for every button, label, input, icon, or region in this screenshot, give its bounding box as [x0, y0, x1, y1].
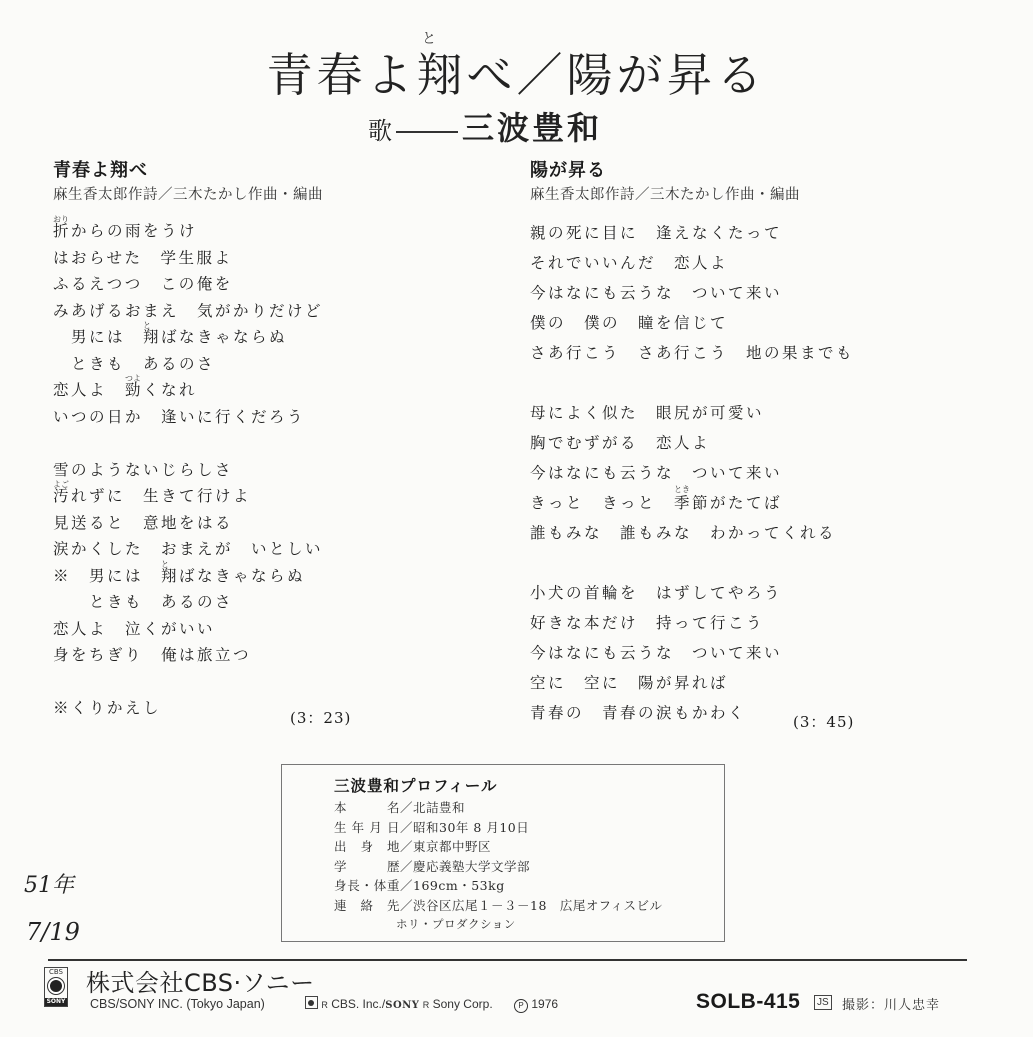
lyric-line: みあげるおまえ 気がかりだけど [53, 298, 353, 325]
profile-row: 本名／北詰豊和 [334, 798, 663, 818]
furigana: とき [674, 486, 690, 494]
separator: ／ [400, 820, 413, 835]
lyric-text: ふるえつつ この俺を [53, 275, 233, 293]
profile-key: 本名 [334, 798, 400, 818]
stanza-gap [530, 548, 860, 578]
profile-key: 連絡先 [334, 896, 400, 916]
lyric-text: 胸でむずがる 恋人よ [530, 434, 710, 452]
catalog-number: SOLB-415 [696, 990, 800, 1014]
lyric-text: 見送ると 意地をはる [53, 514, 233, 532]
profile-key: 学歴 [334, 857, 400, 877]
lyric-text: ※くりかえし [53, 699, 161, 717]
profile-title: 三波豊和プロフィール [334, 774, 497, 796]
lyric-line: 汚れずに 生きて行けよよご [53, 483, 353, 510]
lyric-text: 今はなにも云うな ついて来い [530, 464, 782, 482]
lyric-line: 見送ると 意地をはる [53, 510, 353, 537]
stanza-gap [53, 669, 353, 696]
profile-rows: 本名／北詰豊和生年月日／昭和30年 8 月10日出身地／東京都中野区学歴／慶応義… [334, 798, 663, 935]
profile-value: 169cm・53kg [413, 878, 505, 893]
lyric-text: 好きな本だけ 持って行こう [530, 614, 764, 632]
logo-cbs-text: CBS [45, 968, 67, 977]
lyric-line: 今はなにも云うな ついて来い [530, 458, 860, 488]
photo-credit: 撮影：川人忠幸 [842, 994, 940, 1013]
profile-key: 出身地 [334, 837, 400, 857]
lyric-text: 青春の 青春の涙もかわく [530, 704, 746, 722]
lyric-text: 今はなにも云うな ついて来い [530, 284, 782, 302]
lyric-line: 折からの雨をうけおり [53, 218, 353, 245]
lyric-text: さあ行こう さあ行こう 地の果までも [530, 344, 854, 362]
profile-value: 北詰豊和 [413, 800, 465, 815]
logo-sony-text: SONY [45, 998, 67, 1006]
lyric-line: 僕の 僕の 瞳を信じて [530, 308, 860, 338]
lyric-text: ※ 男には 翔ばなきゃならぬ [53, 567, 305, 585]
artist-name: 三波豊和 [462, 109, 602, 147]
profile-row: 生年月日／昭和30年 8 月10日 [334, 818, 663, 838]
profile-row: 連絡先／渋谷区広尾１－３－18 広尾オフィスビル [334, 896, 663, 916]
separator: ／ [400, 898, 413, 913]
song-duration: (3：23) [290, 707, 351, 728]
title-ruby: と [422, 28, 436, 48]
furigana: と [161, 561, 169, 569]
profile-value: 慶応義塾大学文学部 [413, 859, 530, 874]
lyric-text: 汚れずに 生きて行けよ [53, 487, 251, 505]
cbs-sony-logo: CBS SONY [44, 967, 68, 1007]
lyric-line: 今はなにも云うな ついて来い [530, 278, 860, 308]
artist-profile-box: 三波豊和プロフィール 本名／北詰豊和生年月日／昭和30年 8 月10日出身地／東… [281, 764, 725, 942]
profile-row: 学歴／慶応義塾大学文学部 [334, 857, 663, 877]
lyric-line: いつの日か 逢いに行くだろう [53, 404, 353, 431]
lyric-line: 好きな本だけ 持って行こう [530, 608, 860, 638]
legal-corp: Sony Corp. [433, 997, 493, 1011]
lyric-text: 親の死に目に 逢えなくたって [530, 224, 782, 242]
lyric-text: それでいいんだ 恋人よ [530, 254, 728, 272]
furigana: と [143, 322, 151, 330]
lyric-text: みあげるおまえ 気がかりだけど [53, 302, 323, 320]
lyric-text: 身をちぎり 俺は旅立つ [53, 646, 251, 664]
lyrics: 親の死に目に 逢えなくたってそれでいいんだ 恋人よ今はなにも云うな ついて来い僕… [530, 218, 860, 728]
profile-row: 出身地／東京都中野区 [334, 837, 663, 857]
lyric-line: はおらせた 学生服よ [53, 245, 353, 272]
profile-value: 渋谷区広尾１－３－18 広尾オフィスビル [413, 898, 663, 913]
song-column-b: 陽が昇る 麻生香太郎作詩／三木たかし作曲・編曲 親の死に目に 逢えなくたってそれ… [530, 158, 860, 728]
stanza-gap [53, 430, 353, 457]
dash-divider [396, 131, 458, 133]
lyric-text: 折からの雨をうけ [53, 222, 197, 240]
lyric-line: 雪のようないじらしさ [53, 457, 353, 484]
registered-mark: R [423, 1000, 430, 1010]
lyric-line: ※ 男には 翔ばなきゃならぬと [53, 563, 353, 590]
profile-key: 身長・体重 [334, 876, 400, 896]
song-duration: (3：45) [793, 711, 854, 732]
separator: ／ [400, 878, 413, 893]
profile-agency: ホリ・プロダクション [334, 915, 663, 935]
profile-value: 昭和30年 8 月10日 [413, 820, 529, 835]
lyric-text: きっと きっと 季節がたてば [530, 494, 782, 512]
artist-label: 歌 [368, 117, 392, 145]
lyric-line: 涙かくした おまえが いとしい [53, 536, 353, 563]
lyric-text: 男には 翔ばなきゃならぬ [53, 328, 287, 346]
lyric-line: 母によく似た 眼尻が可愛い [530, 398, 860, 428]
song-credits: 麻生香太郎作詩／三木たかし作曲・編曲 [53, 184, 353, 214]
separator: ／ [400, 859, 413, 874]
lyric-text: 空に 空に 陽が昇れば [530, 674, 728, 692]
lyric-text: 涙かくした おまえが いとしい [53, 540, 323, 558]
profile-row: 身長・体重／169cm・53kg [334, 876, 663, 896]
lyric-text: 恋人よ 勁くなれ [53, 381, 197, 399]
lyric-text: 誰もみな 誰もみな わかってくれる [530, 524, 836, 542]
js-mark-icon: JS [814, 995, 832, 1010]
lyric-text: ときも あるのさ [53, 593, 233, 611]
lyric-line: きっと きっと 季節がたてばとき [530, 488, 860, 518]
company-name-ja: 株式会社CBS·ソニー [86, 963, 315, 998]
lyric-text: 恋人よ 泣くがいい [53, 620, 215, 638]
furigana: よご [53, 481, 69, 489]
lyrics: 折からの雨をうけおりはおらせた 学生服よふるえつつ この俺をみあげるおまえ 気が… [53, 218, 353, 722]
footer-divider [48, 959, 967, 961]
lyric-text: ときも あるのさ [53, 355, 215, 373]
cbs-eye-icon [48, 978, 64, 994]
lyric-line: さあ行こう さあ行こう 地の果までも [530, 338, 860, 368]
lyric-line: ときも あるのさ [53, 351, 353, 378]
lyric-text: 母によく似た 眼尻が可愛い [530, 404, 764, 422]
lyric-line: 今はなにも云うな ついて来い [530, 638, 860, 668]
lyric-line: ふるえつつ この俺を [53, 271, 353, 298]
lyric-line: 小犬の首輪を はずしてやろう [530, 578, 860, 608]
lyric-text: はおらせた 学生服よ [53, 249, 233, 267]
furigana: おり [53, 216, 69, 224]
handwritten-year: 51年 [24, 868, 74, 899]
stanza-gap [530, 368, 860, 398]
song-title: 陽が昇る [530, 158, 860, 184]
profile-value: 東京都中野区 [413, 839, 491, 854]
lyric-line: 空に 空に 陽が昇れば [530, 668, 860, 698]
copyright-year: 1976 [531, 997, 558, 1011]
song-credits: 麻生香太郎作詩／三木たかし作曲・編曲 [530, 184, 860, 214]
lyric-text: 小犬の首輪を はずしてやろう [530, 584, 782, 602]
profile-key: 生年月日 [334, 818, 400, 838]
lyric-text: 僕の 僕の 瞳を信じて [530, 314, 728, 332]
lyric-line: それでいいんだ 恋人よ [530, 248, 860, 278]
legal-cbs: CBS. Inc./ [331, 997, 385, 1011]
lyric-line: 親の死に目に 逢えなくたって [530, 218, 860, 248]
lyric-line: 身をちぎり 俺は旅立つ [53, 642, 353, 669]
lyric-line: 恋人よ 勁くなれつよ [53, 377, 353, 404]
lyric-line: 男には 翔ばなきゃならぬと [53, 324, 353, 351]
company-name-en: CBS/SONY INC. (Tokyo Japan) [90, 997, 265, 1011]
separator: ／ [400, 800, 413, 815]
artist-line: 歌三波豊和 [368, 112, 602, 144]
furigana: つよ [125, 375, 141, 383]
phonogram-icon: P [514, 999, 528, 1013]
legal-sony: SONY [385, 1000, 419, 1011]
cbs-eye-small-icon [305, 996, 318, 1009]
trademark-notice: R CBS. Inc./SONY R Sony Corp. P 1976 [305, 996, 558, 1013]
lyric-line: 誰もみな 誰もみな わかってくれる [530, 518, 860, 548]
lyric-text: 雪のようないじらしさ [53, 461, 233, 479]
lyric-line: 胸でむずがる 恋人よ [530, 428, 860, 458]
registered-mark: R [321, 1000, 328, 1010]
song-column-a: 青春よ翔べ 麻生香太郎作詩／三木たかし作曲・編曲 折からの雨をうけおりはおらせた… [53, 158, 353, 722]
handwritten-date: 7/19 [26, 918, 80, 946]
separator: ／ [400, 839, 413, 854]
lyric-line: 恋人よ 泣くがいい [53, 616, 353, 643]
song-title: 青春よ翔べ [53, 158, 353, 184]
page-title: 青春よ翔べ／陽が昇る [0, 52, 1033, 98]
lyric-line: ときも あるのさ [53, 589, 353, 616]
lyric-text: いつの日か 逢いに行くだろう [53, 408, 305, 426]
lyric-text: 今はなにも云うな ついて来い [530, 644, 782, 662]
